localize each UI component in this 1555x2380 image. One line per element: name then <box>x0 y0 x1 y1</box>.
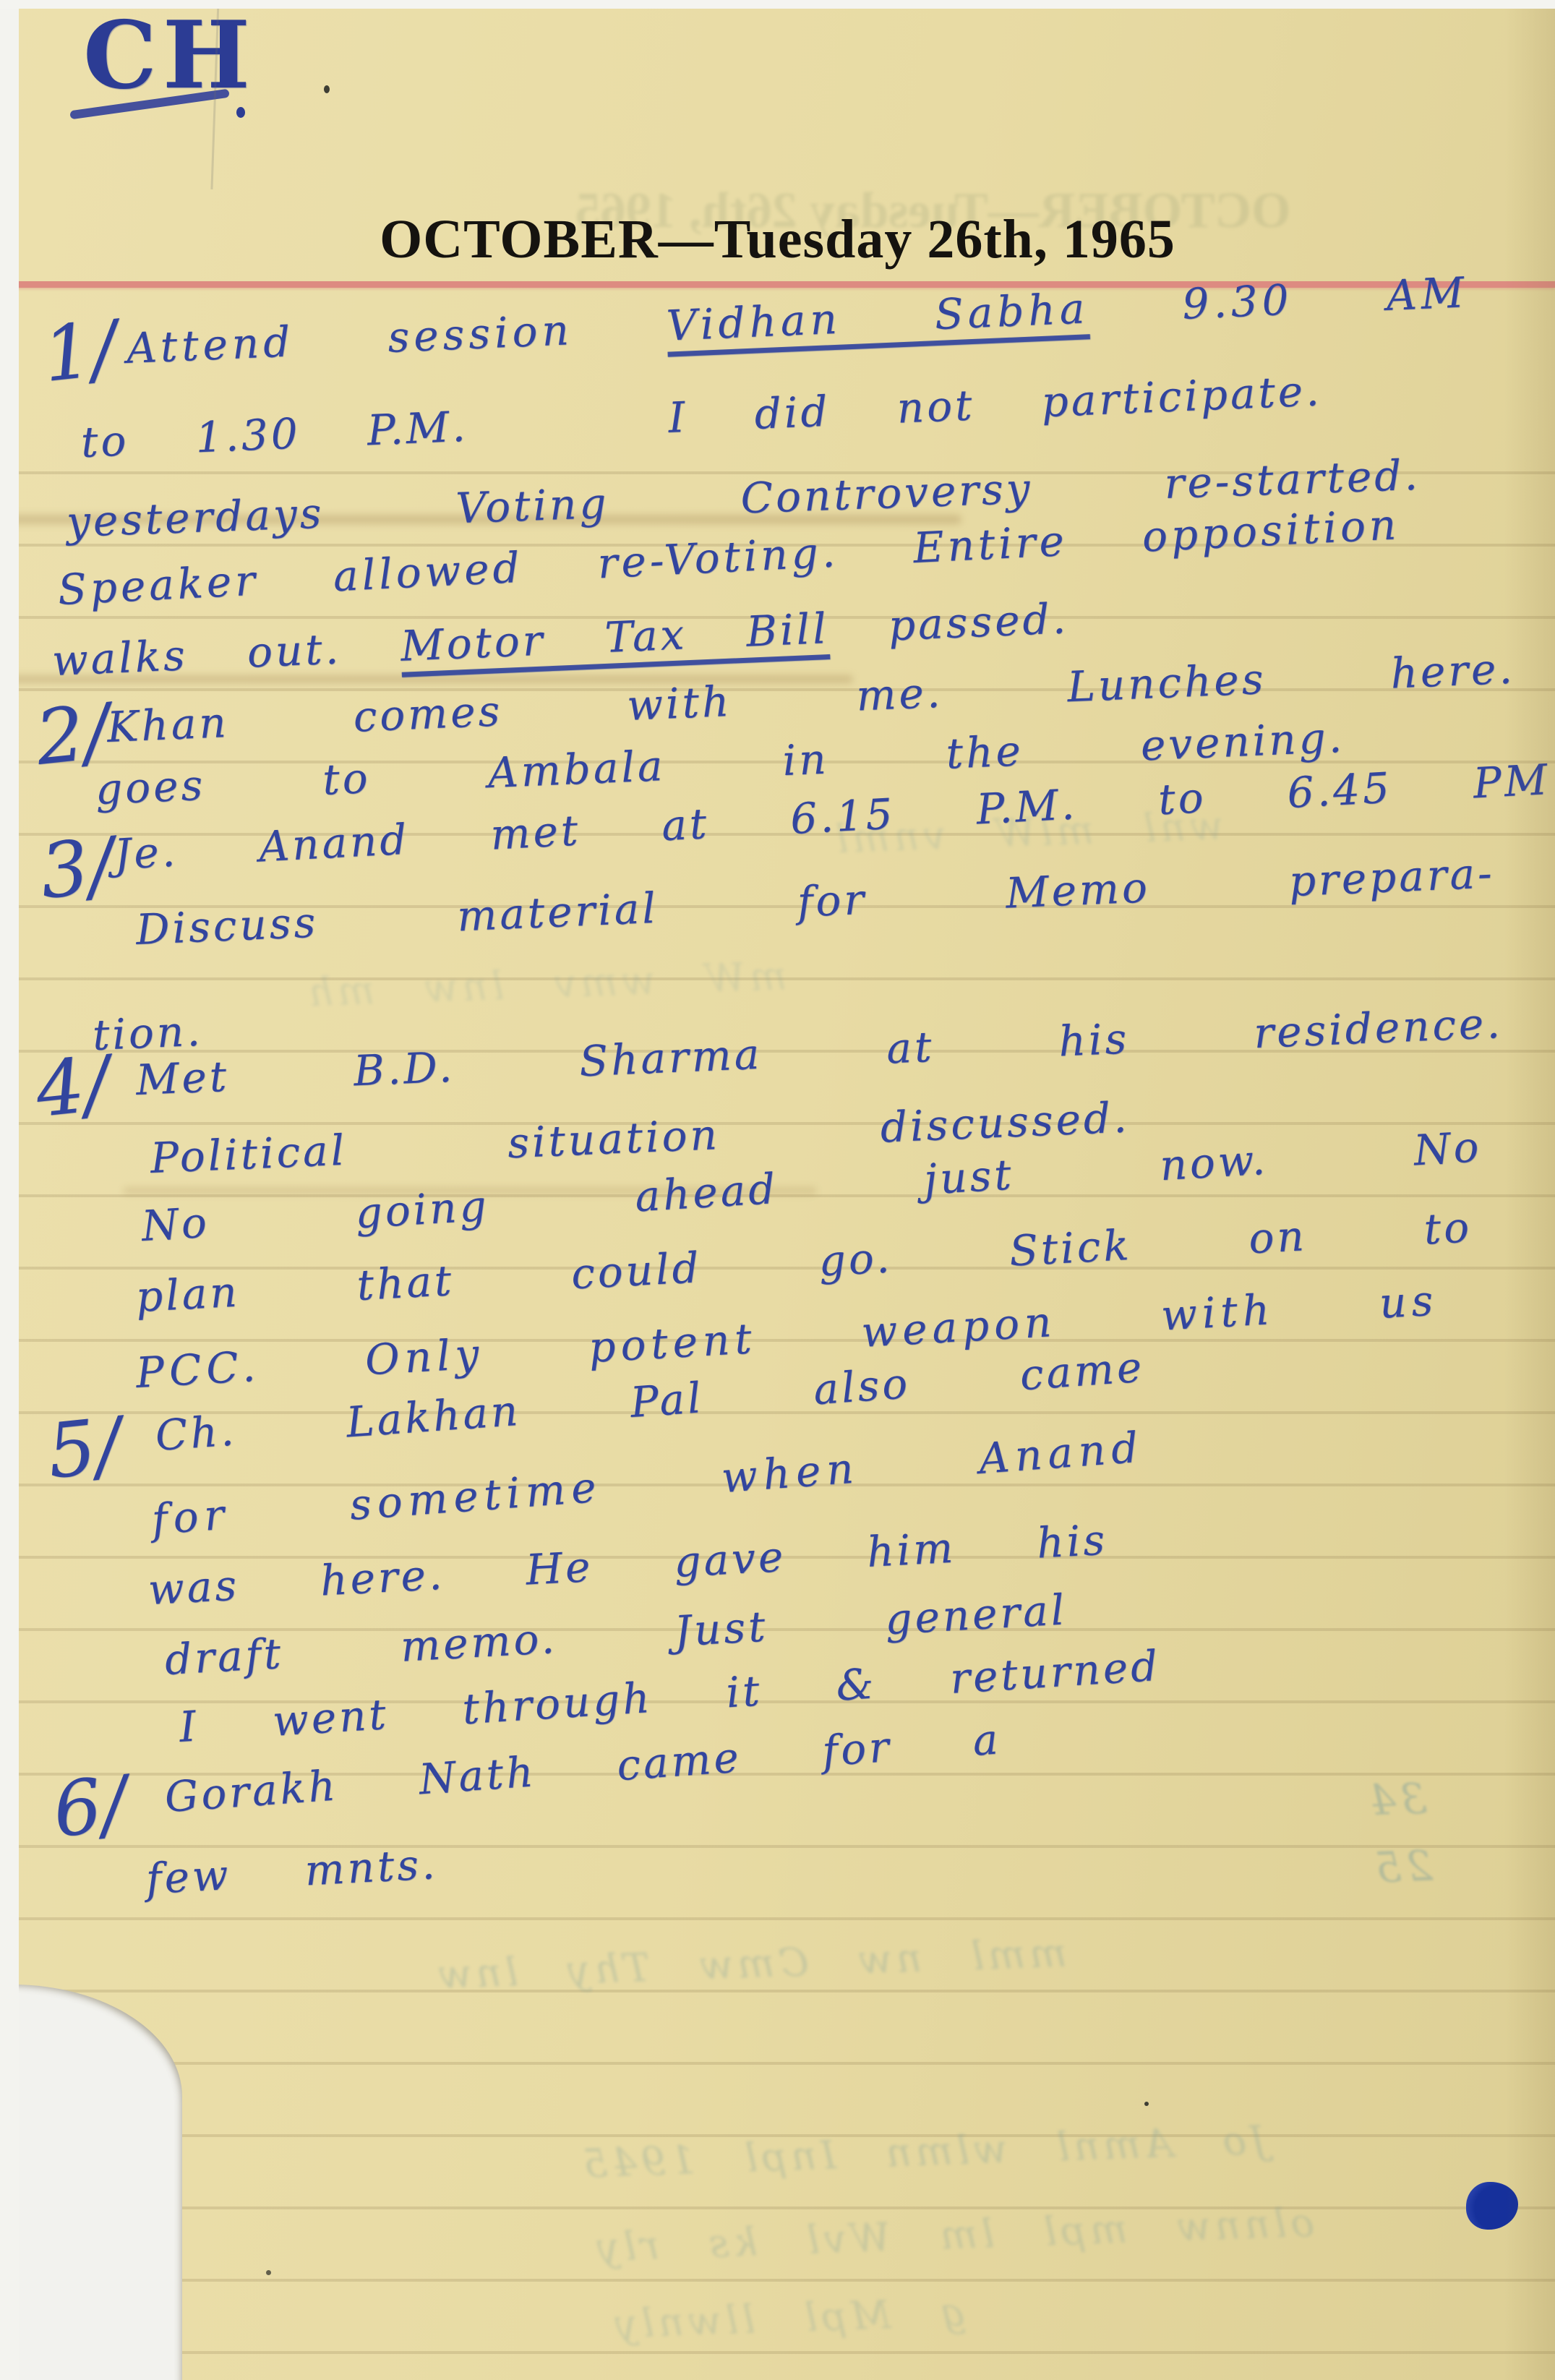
line-text: Attend session <box>126 301 668 373</box>
scan-edge-left <box>0 0 19 2380</box>
line-text: passed. <box>828 594 1069 653</box>
diary-page: OCTOBER—Tuesday 26th, 1965 34 25 mml nw … <box>0 0 1555 2380</box>
paper-speck <box>1144 2102 1149 2106</box>
bleed-through-number: 34 <box>1364 1774 1428 1825</box>
entry-number-3: 3/ <box>36 821 118 916</box>
corner-annotation: CH <box>83 1 256 110</box>
paper-speck <box>266 2270 271 2275</box>
bleed-through-number: 25 <box>1370 1841 1434 1893</box>
scan-edge-top <box>0 0 1555 9</box>
underlined-text: Vidhan Sabha <box>666 283 1090 350</box>
entry-number-5: 5/ <box>43 1400 125 1496</box>
handwritten-line: tion. <box>92 1006 204 1060</box>
paper-speck <box>324 85 330 93</box>
page-title: OCTOBER—Tuesday 26th, 1965 <box>0 208 1555 271</box>
entry-number-6: 6/ <box>49 1759 131 1854</box>
paper-edge-shading <box>1504 0 1555 2380</box>
entry-number-1: 1/ <box>39 304 121 399</box>
corner-annotation-period <box>236 107 245 118</box>
line-text: 9.30 AM <box>1088 267 1470 333</box>
backing-sheet-corner <box>0 1985 182 2380</box>
